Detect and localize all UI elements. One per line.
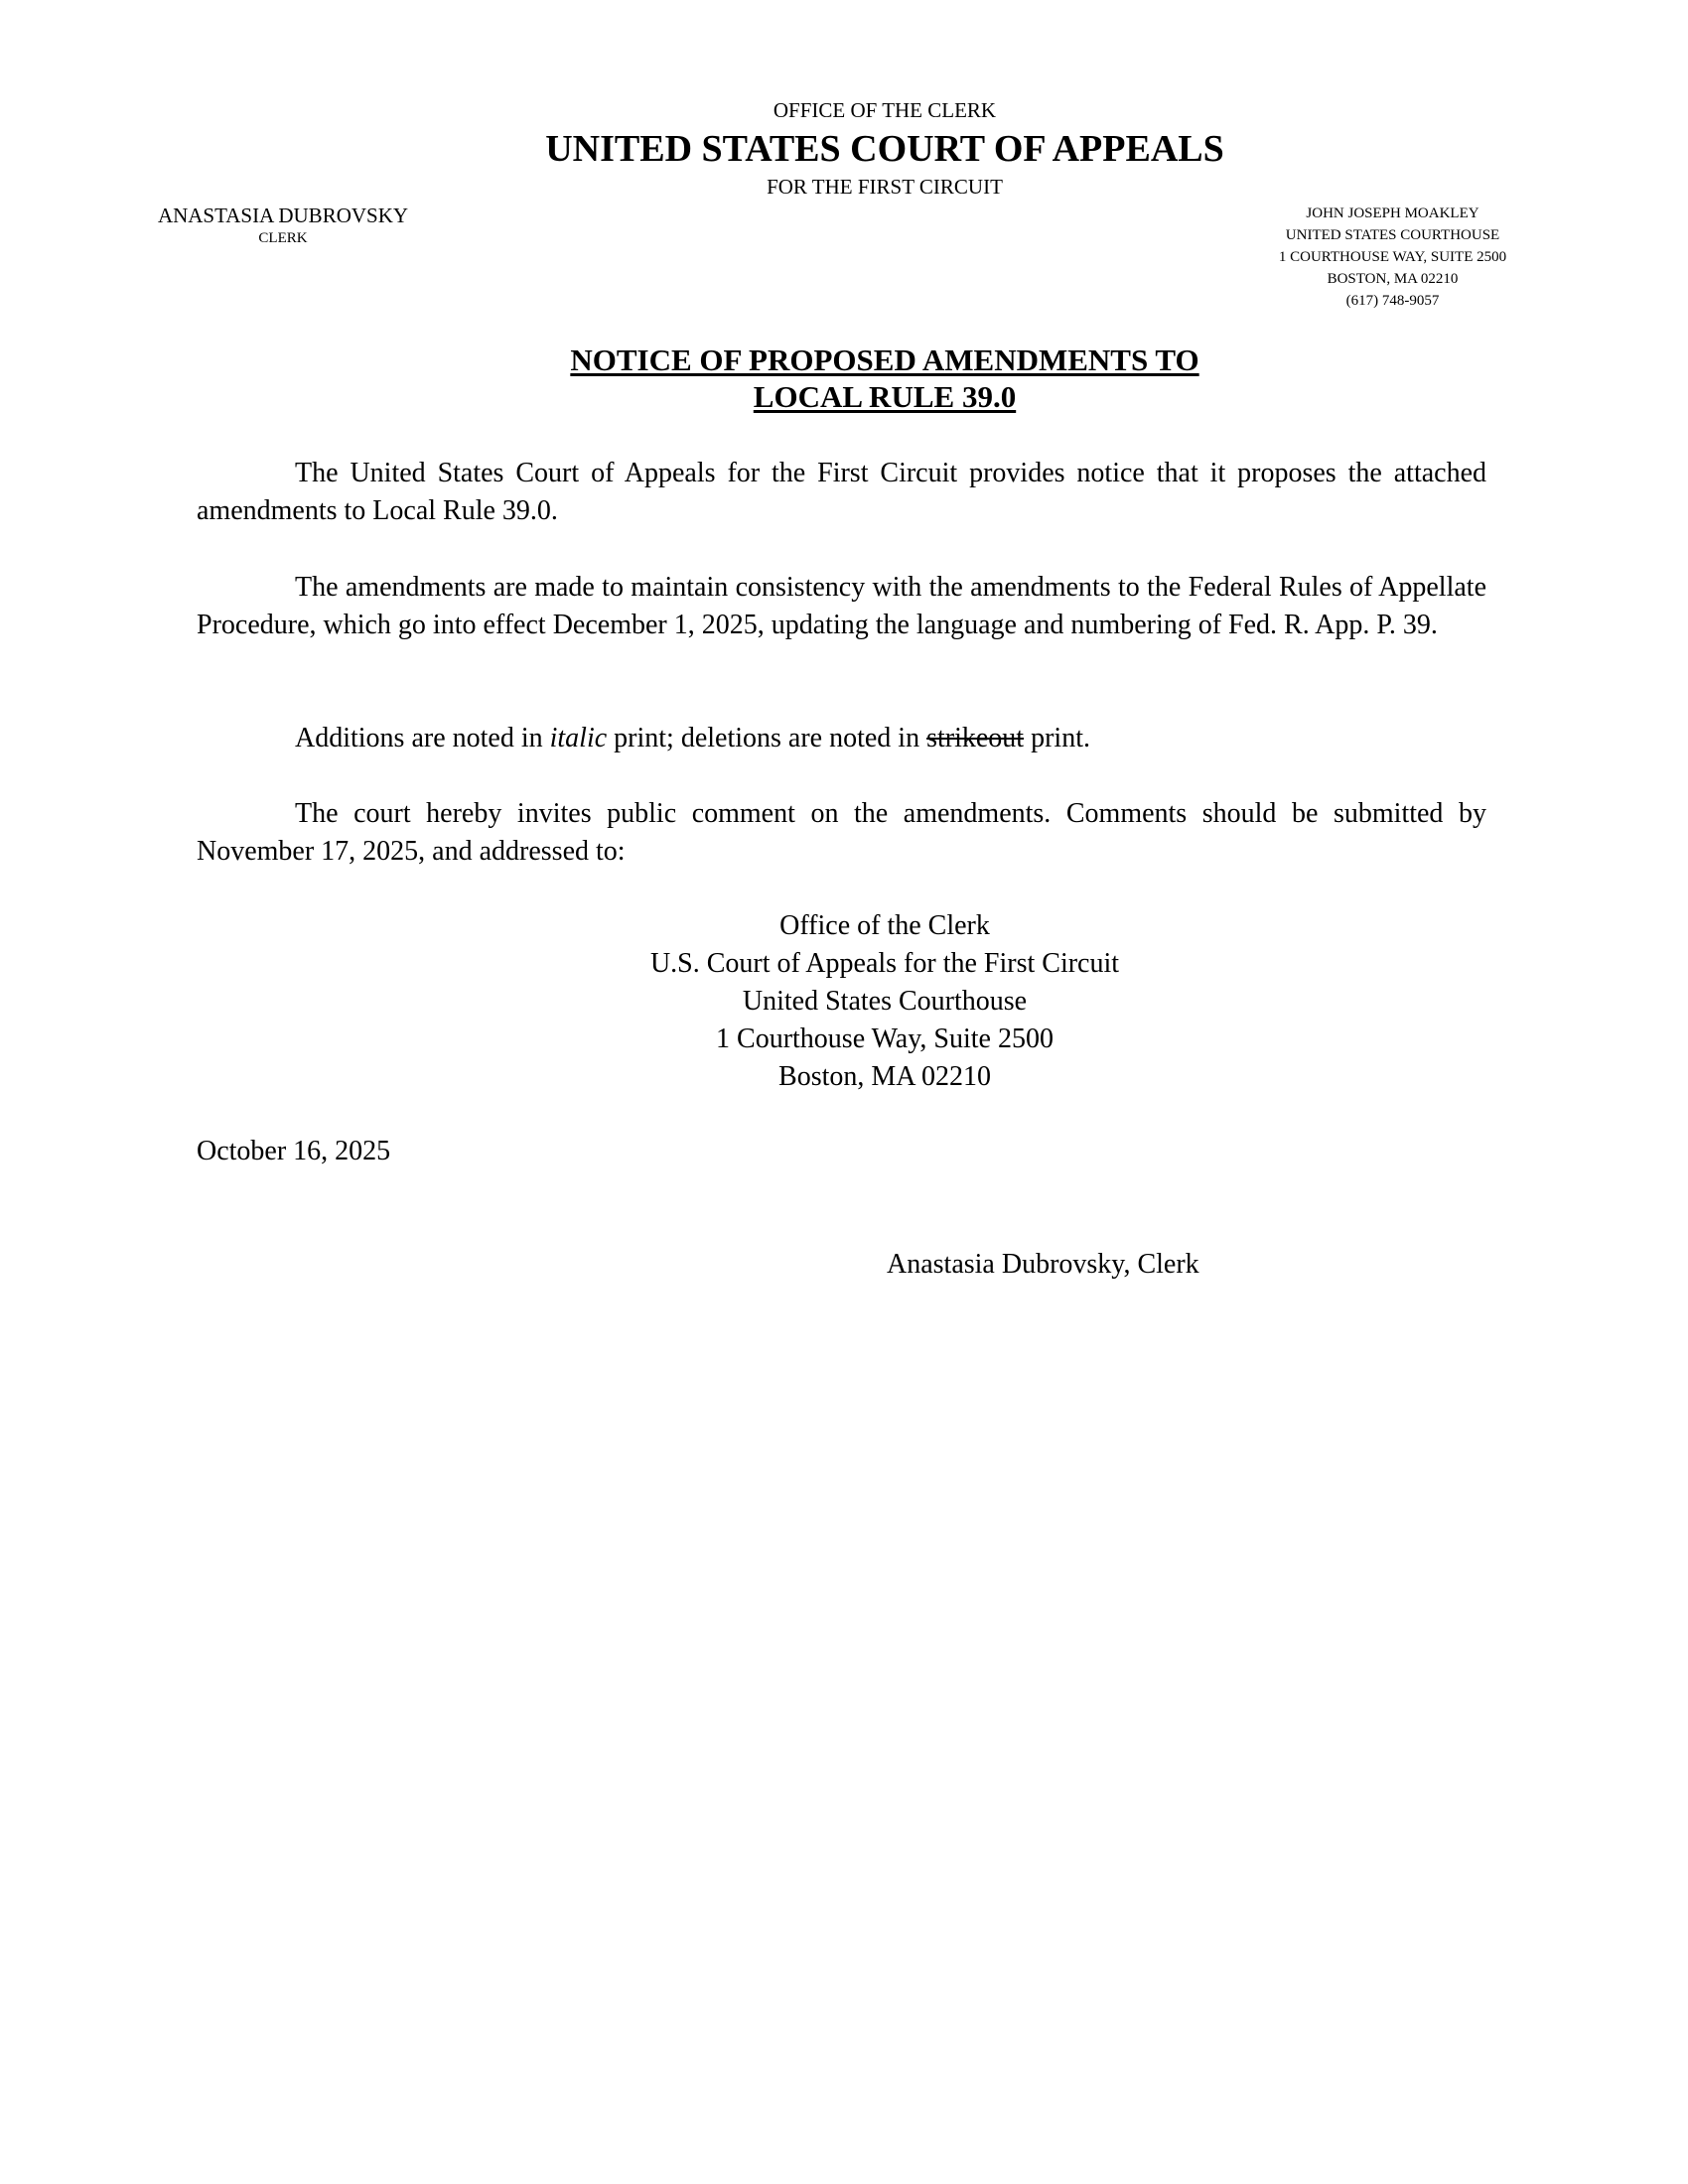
courthouse-city: BOSTON, MA 02210 [1236, 268, 1549, 290]
notice-date: October 16, 2025 [197, 1133, 390, 1170]
letterhead-clerk-block: ANASTASIA DUBROVSKY CLERK [129, 204, 437, 249]
courthouse-street: 1 COURTHOUSE WAY, SUITE 2500 [1236, 246, 1549, 268]
paragraph-legend: Additions are noted in italic print; del… [197, 720, 1486, 757]
legend-strikeout-sample: strikeout [926, 723, 1024, 753]
notice-title-line-1: NOTICE OF PROPOSED AMENDMENTS TO [0, 341, 1688, 378]
clerk-name: ANASTASIA DUBROVSKY [129, 204, 437, 227]
legend-italic-sample: italic [550, 723, 608, 753]
letterhead-office: OFFICE OF THE CLERK [0, 98, 1688, 123]
mailing-address: Office of the Clerk U.S. Court of Appeal… [0, 907, 1688, 1096]
mailing-address-line: U.S. Court of Appeals for the First Circ… [0, 945, 1688, 983]
legend-text-2: print; deletions are noted in [607, 723, 926, 753]
mailing-address-line: United States Courthouse [0, 983, 1688, 1021]
paragraph-reason: The amendments are made to maintain cons… [197, 569, 1486, 644]
letterhead-address-block: JOHN JOSEPH MOAKLEY UNITED STATES COURTH… [1236, 203, 1549, 312]
courthouse-name: JOHN JOSEPH MOAKLEY [1236, 203, 1549, 224]
notice-title: NOTICE OF PROPOSED AMENDMENTS TO LOCAL R… [0, 341, 1688, 415]
notice-title-line-2: LOCAL RULE 39.0 [0, 378, 1688, 415]
letterhead-circuit: FOR THE FIRST CIRCUIT [0, 175, 1688, 200]
courthouse-phone: (617) 748-9057 [1236, 290, 1549, 312]
clerk-title: CLERK [129, 227, 437, 249]
legend-text-1: Additions are noted in [295, 723, 550, 753]
legend-text-3: print. [1024, 723, 1090, 753]
mailing-address-line: Boston, MA 02210 [0, 1058, 1688, 1096]
courthouse-type: UNITED STATES COURTHOUSE [1236, 224, 1549, 246]
mailing-address-line: Office of the Clerk [0, 907, 1688, 945]
signature: Anastasia Dubrovsky, Clerk [887, 1246, 1199, 1284]
mailing-address-line: 1 Courthouse Way, Suite 2500 [0, 1021, 1688, 1058]
paragraph-notice: The United States Court of Appeals for t… [197, 455, 1486, 530]
letterhead-court-name: UNITED STATES COURT OF APPEALS [0, 127, 1688, 171]
paragraph-comment-invitation: The court hereby invites public comment … [197, 795, 1486, 871]
